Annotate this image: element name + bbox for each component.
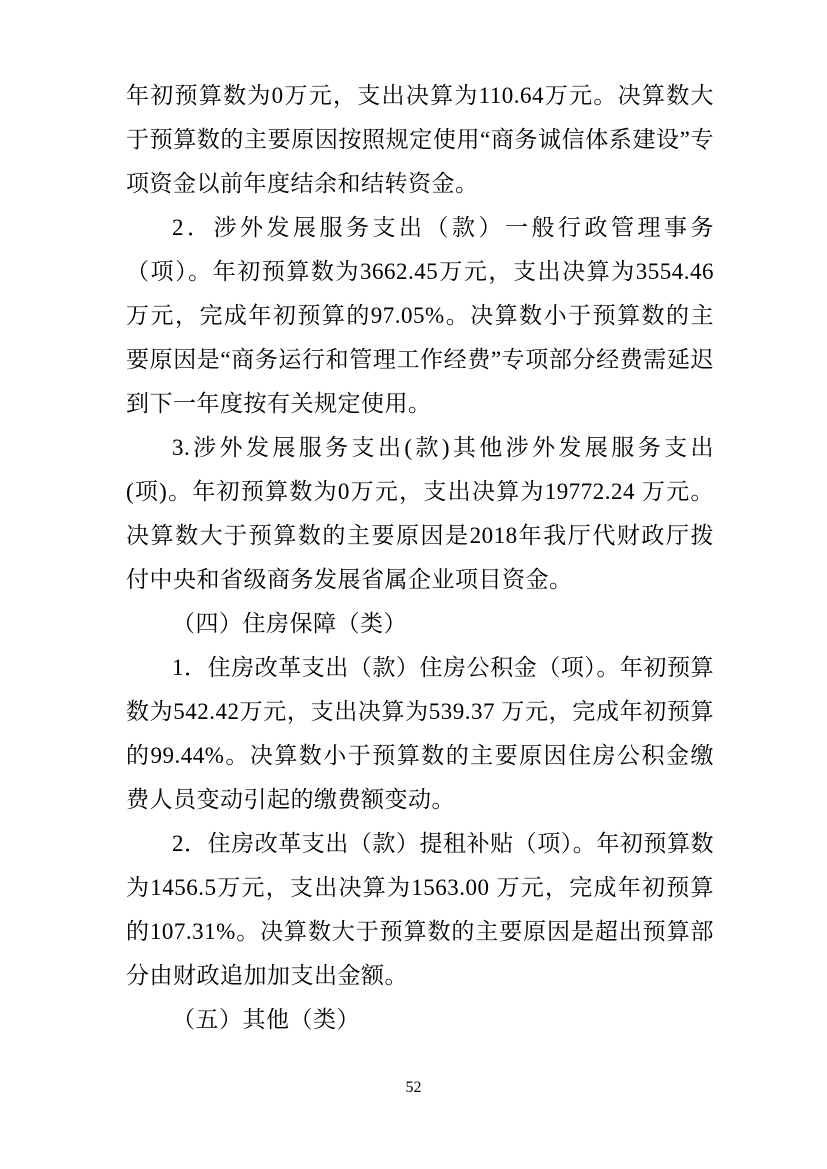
section-heading-5: （五）其他（类） bbox=[126, 998, 714, 1042]
paragraph-item-2: 2．涉外发展服务支出（款）一般行政管理事务（项）。年初预算数为3662.45万元… bbox=[126, 206, 714, 426]
paragraph-continuation: 年初预算数为0万元，支出决算为110.64万元。决算数大于预算数的主要原因按照规… bbox=[126, 74, 714, 206]
section-heading-4: （四）住房保障（类） bbox=[126, 602, 714, 646]
paragraph-item-2-housing: 2．住房改革支出（款）提租补贴（项）。年初预算数为1456.5万元，支出决算为1… bbox=[126, 822, 714, 998]
page-number: 52 bbox=[0, 1078, 827, 1098]
document-body: 年初预算数为0万元，支出决算为110.64万元。决算数大于预算数的主要原因按照规… bbox=[126, 74, 714, 1042]
document-page: 年初预算数为0万元，支出决算为110.64万元。决算数大于预算数的主要原因按照规… bbox=[0, 0, 827, 1169]
paragraph-item-1-housing: 1．住房改革支出（款）住房公积金（项）。年初预算数为542.42万元，支出决算为… bbox=[126, 646, 714, 822]
paragraph-item-3: 3.涉外发展服务支出(款)其他涉外发展服务支出(项)。年初预算数为0万元，支出决… bbox=[126, 426, 714, 602]
